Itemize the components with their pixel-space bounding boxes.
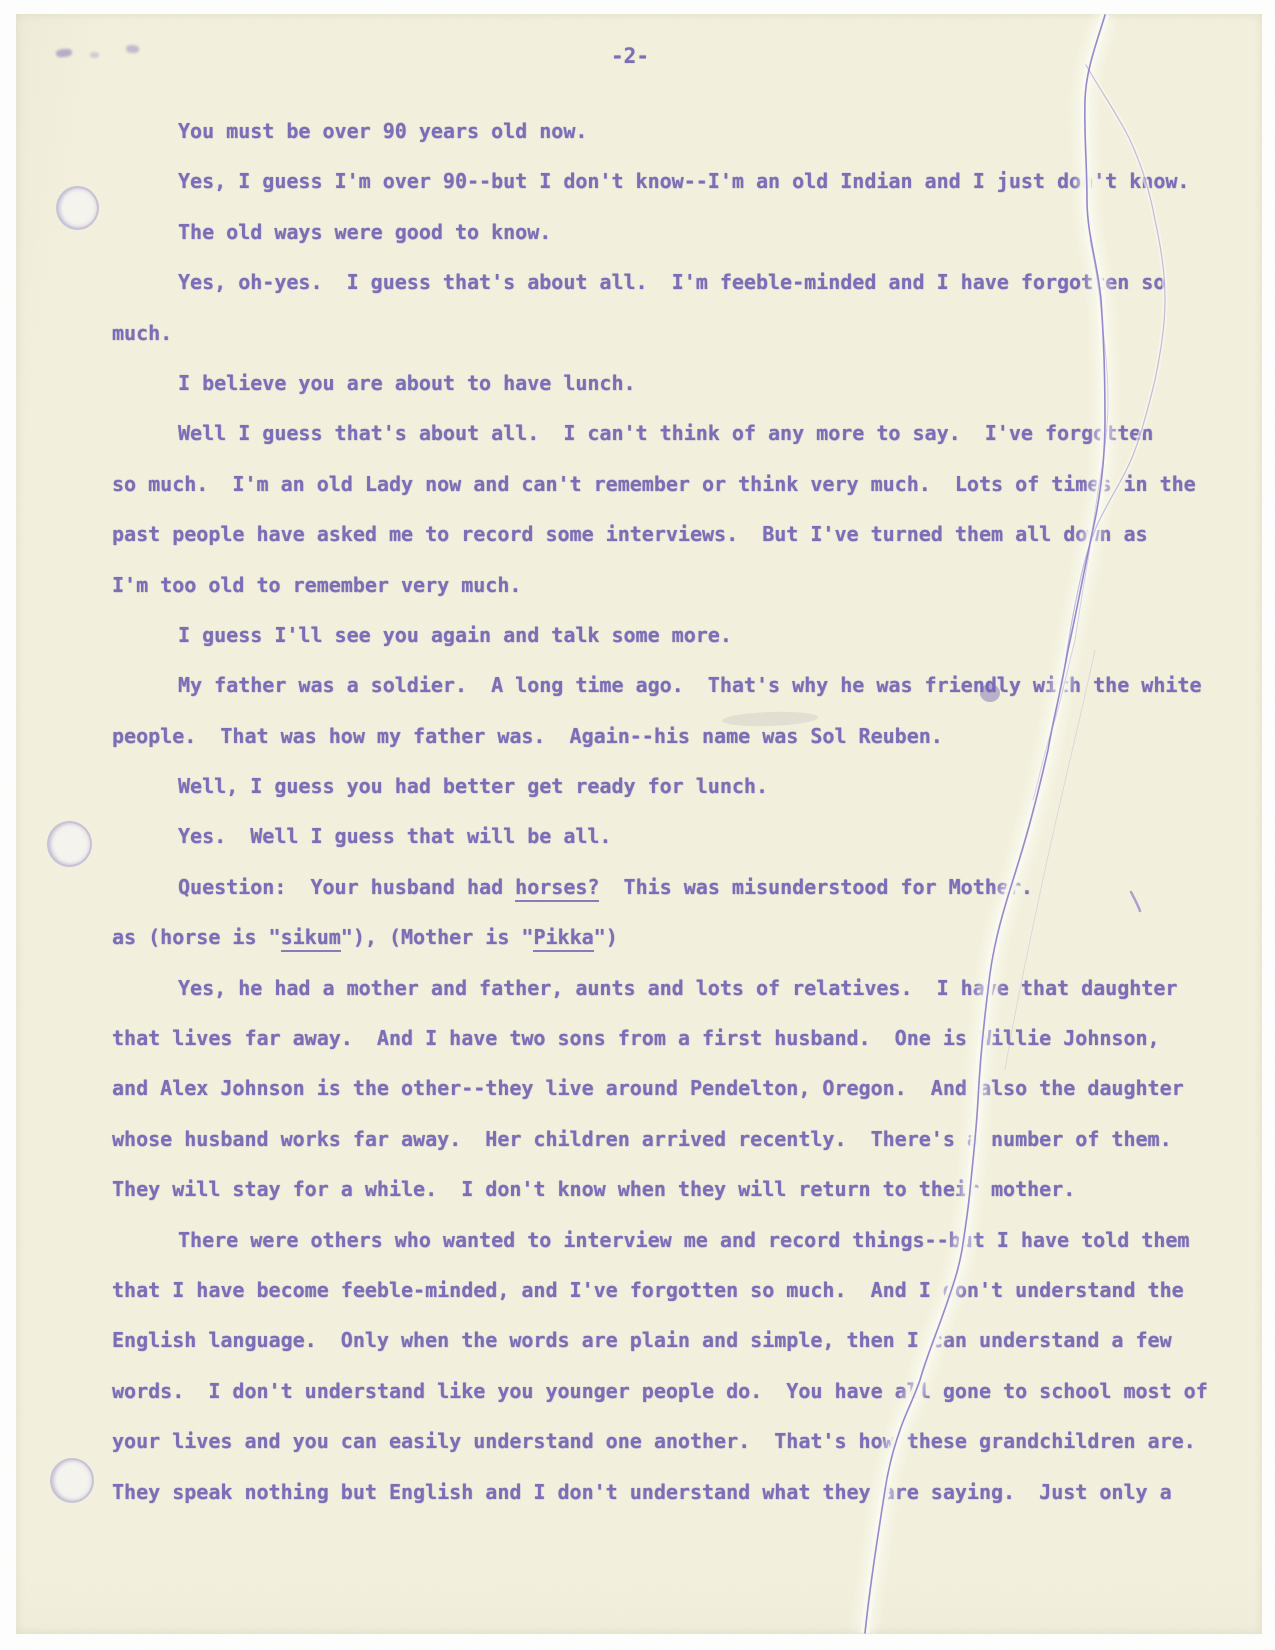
text-line: that I have become feeble-minded, and I'…	[0, 1265, 1275, 1315]
text-line: They speak nothing but English and I don…	[0, 1467, 1275, 1517]
underlined-word: Pikka	[533, 925, 593, 952]
text-line: Well, I guess you had better get ready f…	[0, 761, 1275, 811]
text-line: your lives and you can easily understand…	[0, 1416, 1275, 1466]
text-line: past people have asked me to record some…	[0, 509, 1275, 559]
underlined-word: sikum	[281, 925, 341, 952]
text-segment: There were others who wanted to intervie…	[178, 1228, 1189, 1252]
text-line: and Alex Johnson is the other--they live…	[0, 1063, 1275, 1113]
text-line: Yes, he had a mother and father, aunts a…	[0, 963, 1275, 1013]
text-segment: so much. I'm an old Lady now and can't r…	[112, 472, 1196, 496]
text-lines: You must be over 90 years old now.Yes, I…	[0, 106, 1275, 1517]
text-segment: English language. Only when the words ar…	[112, 1328, 1172, 1352]
ink-smudge	[126, 45, 140, 54]
text-segment: I'm too old to remember very much.	[112, 573, 521, 597]
text-segment: words. I don't understand like you young…	[112, 1379, 1208, 1403]
text-segment: and Alex Johnson is the other--they live…	[112, 1076, 1184, 1100]
underlined-word: horses?	[515, 875, 599, 902]
text-line: I'm too old to remember very much.	[0, 560, 1275, 610]
text-line: I believe you are about to have lunch.	[0, 358, 1275, 408]
text-line: English language. Only when the words ar…	[0, 1315, 1275, 1365]
page-number: -2-	[530, 44, 730, 68]
text-segment: Yes. Well I guess that will be all.	[178, 824, 611, 848]
text-line: Question: Your husband had horses? This …	[0, 862, 1275, 912]
text-line: There were others who wanted to intervie…	[0, 1215, 1275, 1265]
text-line: Yes. Well I guess that will be all.	[0, 811, 1275, 861]
text-line: My father was a soldier. A long time ago…	[0, 660, 1275, 710]
text-line: Yes, oh-yes. I guess that's about all. I…	[0, 257, 1275, 307]
text-line: as (horse is "sikum"), (Mother is "Pikka…	[0, 912, 1275, 962]
text-line: that lives far away. And I have two sons…	[0, 1013, 1275, 1063]
text-segment: much.	[112, 321, 172, 345]
text-segment: They will stay for a while. I don't know…	[112, 1177, 1075, 1201]
text-segment: that lives far away. And I have two sons…	[112, 1026, 1160, 1050]
text-line: They will stay for a while. I don't know…	[0, 1164, 1275, 1214]
ink-smudge	[90, 52, 99, 58]
text-line: Yes, I guess I'm over 90--but I don't kn…	[0, 156, 1275, 206]
text-segment: Yes, he had a mother and father, aunts a…	[178, 976, 1177, 1000]
text-segment: that I have become feeble-minded, and I'…	[112, 1278, 1184, 1302]
text-segment: This was misunderstood for Mother.	[599, 875, 1032, 899]
text-line: people. That was how my father was. Agai…	[0, 711, 1275, 761]
text-line: You must be over 90 years old now.	[0, 106, 1275, 156]
text-segment: Yes, I guess I'm over 90--but I don't kn…	[178, 169, 1189, 193]
text-segment: as (horse is "	[112, 925, 281, 949]
text-line: much.	[0, 308, 1275, 358]
text-segment: people. That was how my father was. Agai…	[112, 724, 943, 748]
text-segment: ")	[594, 925, 618, 949]
text-segment: your lives and you can easily understand…	[112, 1429, 1196, 1453]
text-segment: They speak nothing but English and I don…	[112, 1480, 1172, 1504]
text-segment: Question: Your husband had	[178, 875, 515, 899]
text-segment: past people have asked me to record some…	[112, 522, 1148, 546]
text-segment: I guess I'll see you again and talk some…	[178, 623, 732, 647]
scanned-document: -2- You must be over 90 years old now.Ye…	[0, 0, 1275, 1650]
text-segment: I believe you are about to have lunch.	[178, 371, 636, 395]
text-segment: whose husband works far away. Her childr…	[112, 1127, 1172, 1151]
text-segment: You must be over 90 years old now.	[178, 119, 587, 143]
text-line: words. I don't understand like you young…	[0, 1366, 1275, 1416]
text-segment: My father was a soldier. A long time ago…	[178, 673, 1202, 697]
text-segment: Yes, oh-yes. I guess that's about all. I…	[178, 270, 1165, 294]
text-segment: The old ways were good to know.	[178, 220, 551, 244]
text-line: so much. I'm an old Lady now and can't r…	[0, 459, 1275, 509]
text-line: The old ways were good to know.	[0, 207, 1275, 257]
text-line: whose husband works far away. Her childr…	[0, 1114, 1275, 1164]
text-segment: Well I guess that's about all. I can't t…	[178, 421, 1153, 445]
text-line: Well I guess that's about all. I can't t…	[0, 408, 1275, 458]
text-segment: "), (Mother is "	[341, 925, 534, 949]
text-segment: Well, I guess you had better get ready f…	[178, 774, 768, 798]
text-line: I guess I'll see you again and talk some…	[0, 610, 1275, 660]
